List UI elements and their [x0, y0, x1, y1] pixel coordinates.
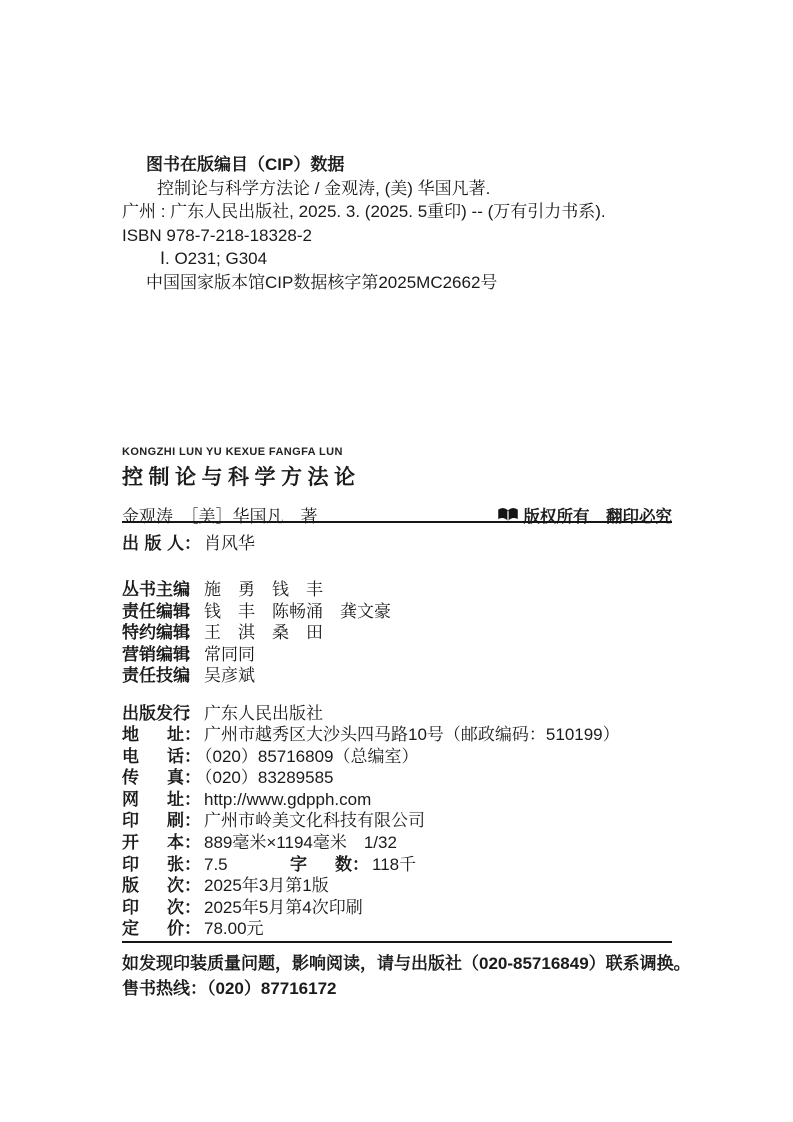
- row-value: 广州市岭美文化科技有限公司: [201, 811, 425, 830]
- row-label: 电话: [122, 746, 184, 768]
- row-colon: ：: [184, 534, 201, 553]
- colophon-row-edition: 版次：2025年3月第1版: [122, 875, 688, 897]
- colophon-row-website: 网址：http://www.gdpph.com: [122, 789, 688, 811]
- row-colon: ：: [184, 666, 201, 685]
- colophon-publishing-group: 出版发行：广东人民出版社 地址：广州市越秀区大沙头四马路10号（邮政编码：510…: [122, 703, 688, 941]
- title-pinyin: KONGZHI LUN YU KEXUE FANGFA LUN: [122, 446, 672, 458]
- row-colon: ：: [184, 790, 201, 809]
- colophon-row-impression: 印次：2025年5月第4次印刷: [122, 897, 688, 919]
- row-colon: ：: [184, 645, 201, 664]
- colophon-row-technical-editor: 责任技编：吴彦斌: [122, 665, 688, 687]
- row-colon: ：: [184, 768, 201, 787]
- sales-hotline: 售书热线：（020）87716172: [122, 976, 688, 1001]
- colophon-row-series-editor: 丛书主编：施 勇 钱 丰: [122, 579, 688, 601]
- row-label: 营销编辑: [122, 644, 184, 666]
- row-colon: ：: [184, 811, 201, 830]
- row-value: 广东人民出版社: [201, 704, 323, 723]
- row-value: 2025年3月第1版: [201, 876, 329, 895]
- colophon-row-fax: 传真：（020）83289585: [122, 767, 688, 789]
- row-label: 丛书主编: [122, 579, 184, 601]
- colophon-row-special-editor: 特约编辑：王 淇 桑 田: [122, 622, 688, 644]
- row-colon: ：: [184, 704, 201, 723]
- row-label: 网址: [122, 789, 184, 811]
- row-value: 2025年5月第4次印刷: [201, 898, 363, 917]
- title-block: KONGZHI LUN YU KEXUE FANGFA LUN 控制论与科学方法…: [122, 446, 672, 527]
- row-label: 印张: [122, 854, 184, 876]
- row-colon: ：: [184, 919, 201, 938]
- row-value: 常同同: [201, 645, 255, 664]
- row-value: 施 勇 钱 丰: [201, 580, 323, 599]
- row-label: 责任编辑: [122, 601, 184, 623]
- colophon-row-printer: 印刷：广州市岭美文化科技有限公司: [122, 810, 688, 832]
- row-value: 肖风华: [201, 534, 255, 553]
- cip-block: 图书在版编目（CIP）数据 控制论与科学方法论 / 金观涛, (美) 华国凡著.…: [122, 153, 688, 294]
- divider-rule-bottom: [122, 941, 672, 943]
- copyright-notice-text: 版权所有 翻印必究: [524, 503, 673, 527]
- row-colon: ：: [184, 876, 201, 895]
- cip-isbn-line: ISBN 978-7-218-18328-2: [122, 224, 688, 248]
- row-colon: ：: [352, 855, 369, 874]
- row-label: 特约编辑: [122, 622, 184, 644]
- colophon: 出版人：肖风华 丛书主编：施 勇 钱 丰 责任编辑：钱 丰 陈畅涌 龚文豪 特约…: [122, 533, 688, 940]
- quality-notice: 如发现印装质量问题，影响阅读，请与出版社（020-85716849）联系调换。: [122, 951, 688, 976]
- row-value: 吴彦斌: [201, 666, 255, 685]
- row-value: 7.5: [201, 854, 290, 876]
- book-title: 控制论与科学方法论: [122, 461, 672, 491]
- row-label: 印次: [122, 897, 184, 919]
- colophon-row-marketing-editor: 营销编辑：常同同: [122, 644, 688, 666]
- colophon-row-format: 开本：889毫米×1194毫米 1/32: [122, 832, 688, 854]
- row-colon: ：: [184, 623, 201, 642]
- colophon-row-sheets-wordcount: 印张：7.5字数：118千: [122, 854, 688, 876]
- row-value: 广州市越秀区大沙头四马路10号（邮政编码：510199）: [201, 725, 620, 744]
- footer-notices: 如发现印装质量问题，影响阅读，请与出版社（020-85716849）联系调换。 …: [122, 951, 688, 1001]
- row-value: （020）83289585: [201, 768, 334, 787]
- row-label: 印刷: [122, 810, 184, 832]
- row-label: 出版发行: [122, 703, 184, 725]
- cip-publisher-line: 广州 : 广东人民出版社, 2025. 3. (2025. 5重印) -- (万…: [122, 200, 688, 224]
- row-colon: ：: [184, 747, 201, 766]
- copyright-page: 图书在版编目（CIP）数据 控制论与科学方法论 / 金观涛, (美) 华国凡著.…: [0, 0, 793, 1122]
- row-colon: ：: [184, 725, 201, 744]
- row-colon: ：: [184, 898, 201, 917]
- row-value: （020）85716809（总编室）: [201, 747, 419, 766]
- row-label: 传真: [122, 767, 184, 789]
- row-colon: ：: [184, 855, 201, 874]
- row-label: 定价: [122, 918, 184, 940]
- row-value: 王 淇 桑 田: [201, 623, 323, 642]
- row-label: 出版人: [122, 533, 184, 555]
- row-label: 责任技编: [122, 665, 184, 687]
- row-label-wordcount: 字数: [290, 854, 352, 876]
- colophon-row-phone: 电话：（020）85716809（总编室）: [122, 746, 688, 768]
- colophon-row-price: 定价：78.00元: [122, 918, 688, 940]
- colophon-row-publisher-person: 出版人：肖风华: [122, 533, 688, 555]
- row-value: 78.00元: [201, 919, 264, 938]
- row-colon: ：: [184, 580, 201, 599]
- row-label: 版次: [122, 875, 184, 897]
- row-value: 889毫米×1194毫米 1/32: [201, 833, 397, 852]
- colophon-row-address: 地址：广州市越秀区大沙头四马路10号（邮政编码：510199）: [122, 724, 688, 746]
- cip-heading: 图书在版编目（CIP）数据: [122, 153, 688, 177]
- website-url: http://www.gdpph.com: [201, 790, 371, 809]
- row-colon: ：: [184, 602, 201, 621]
- cip-class-line: Ⅰ. O231; G304: [122, 247, 688, 271]
- author-row: 金观涛 ［美］华国凡 著 版权所有 翻印必究: [122, 502, 672, 527]
- row-colon: ：: [184, 833, 201, 852]
- row-value-wordcount: 118千: [369, 855, 416, 874]
- authors-line: 金观涛 ［美］华国凡 著: [122, 502, 318, 527]
- colophon-row-publisher: 出版发行：广东人民出版社: [122, 703, 688, 725]
- divider-rule-top: [122, 521, 672, 523]
- colophon-row-responsible-editor: 责任编辑：钱 丰 陈畅涌 龚文豪: [122, 601, 688, 623]
- cip-title-line: 控制论与科学方法论 / 金观涛, (美) 华国凡著.: [122, 177, 688, 201]
- cip-record-line: 中国国家版本馆CIP数据核字第2025MC2662号: [122, 271, 688, 295]
- row-value: 钱 丰 陈畅涌 龚文豪: [201, 602, 391, 621]
- colophon-editors-group: 丛书主编：施 勇 钱 丰 责任编辑：钱 丰 陈畅涌 龚文豪 特约编辑：王 淇 桑…: [122, 579, 688, 687]
- copyright-notice: 版权所有 翻印必究: [497, 503, 673, 527]
- row-label: 地址: [122, 724, 184, 746]
- row-label: 开本: [122, 832, 184, 854]
